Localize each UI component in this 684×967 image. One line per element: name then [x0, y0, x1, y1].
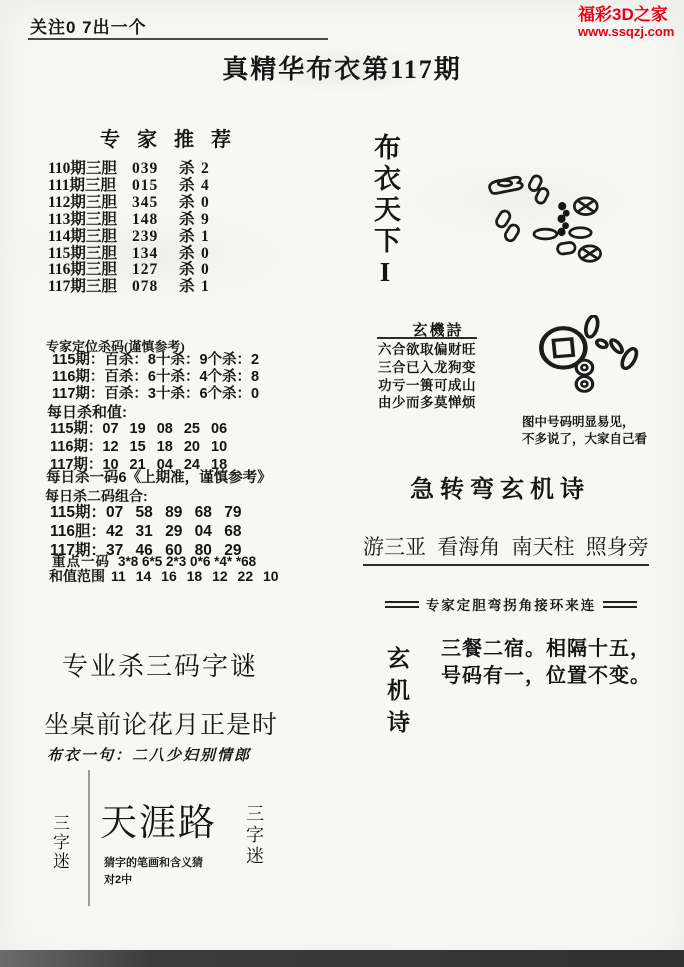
- mystic-poem-underline: [377, 337, 477, 339]
- expert-row: 116期三胆127杀0: [48, 262, 209, 279]
- mystic-poem-line: 由少而多莫惮烦: [378, 394, 476, 412]
- bottom-scan-bar: [0, 950, 684, 967]
- divider-text: 专家定胆弯拐角接环来连: [426, 594, 597, 614]
- position-kill-row: 116期：百杀：6十杀：4个杀：8: [52, 369, 259, 386]
- brand-url: www.ssqzj.com: [578, 25, 674, 40]
- expert-row: 113期三胆148杀9: [48, 212, 209, 229]
- expert-row-issue: 110期三胆: [48, 161, 132, 178]
- three-char-riddle-label-left: 三字迷: [47, 814, 72, 871]
- sum-range-values: 11 14 16 18 12 22 10: [111, 568, 279, 584]
- mystic-poem2-line2: 号码有一，位置不变。: [441, 663, 651, 690]
- three-char-note-line2: 对2中: [104, 872, 203, 889]
- expert-row: 110期三胆039杀2: [48, 161, 209, 178]
- expert-row-val: 4: [201, 178, 209, 195]
- mystic-poem-line: 功亏一篑可成山: [378, 377, 476, 395]
- expert-row-issue: 114期三胆: [48, 229, 132, 246]
- position-kill-rows: 115期：百杀：8十杀：9个杀：2 116期：百杀：6十杀：4个杀：8 117期…: [52, 352, 259, 403]
- expert-row-dan: 148: [132, 212, 179, 229]
- expert-row-sha: 杀: [179, 262, 201, 279]
- sum-range-line: 和值范围11 14 16 18 12 22 10: [49, 566, 279, 586]
- expert-row-sha: 杀: [179, 246, 201, 263]
- expert-row-dan: 127: [132, 262, 179, 279]
- expert-row-val: 2: [201, 161, 209, 178]
- expert-row-val: 0: [201, 246, 209, 263]
- divider-line-left: [385, 601, 419, 608]
- expert-row: 114期三胆239杀1: [48, 229, 209, 246]
- buyi-sentence: 布衣一句：二八少妇别情郎: [47, 744, 251, 765]
- expert-row-dan: 078: [132, 279, 179, 296]
- three-char-note-line1: 猜字的笔画和含义猜: [104, 855, 203, 872]
- expert-row-sha: 杀: [179, 212, 201, 229]
- picture-note-line2: 不多说了，大家自己看: [522, 431, 647, 448]
- expert-row-issue: 111期三胆: [48, 178, 132, 195]
- daily-two-kill-row: 116胆：42 31 29 04 68: [50, 522, 241, 541]
- expert-row-sha: 杀: [179, 279, 201, 296]
- expert-row-val: 1: [201, 229, 209, 246]
- brand-name: 福彩3D之家: [578, 5, 674, 25]
- three-char-box-line: [88, 770, 90, 906]
- expert-row-sha: 杀: [179, 178, 201, 195]
- expert-row: 115期三胆134杀0: [48, 246, 209, 263]
- picture-note-line1: 图中号码明显易见，: [522, 414, 647, 431]
- expert-row-sha: 杀: [179, 195, 201, 212]
- expert-row-val: 0: [201, 195, 209, 212]
- expert-row-issue: 115期三胆: [48, 246, 132, 263]
- sharp-turn-poem-line: 游三亚 看海角 南天柱 照身旁: [363, 531, 649, 566]
- expert-row-val: 9: [201, 212, 209, 229]
- expert-row-issue: 113期三胆: [48, 212, 132, 229]
- sharp-turn-poem-title: 急转弯玄机诗: [410, 469, 590, 504]
- expert-row-dan: 134: [132, 246, 179, 263]
- expert-row-issue: 116期三胆: [48, 262, 132, 279]
- daily-sum-kill-row: 116期：12 15 18 20 10: [50, 438, 227, 456]
- coin-beans-sketch-image: [534, 315, 644, 393]
- mystic-poem: 六合欲取偏财旺 三合已入龙狗变 功亏一篑可成山 由少而多莫惮烦: [378, 341, 476, 412]
- sum-range-label: 和值范围: [49, 568, 105, 584]
- note-underline: [28, 38, 328, 40]
- expert-row-val: 0: [201, 262, 209, 279]
- expert-row-dan: 345: [132, 195, 179, 212]
- daily-one-kill-line: 每日杀一码6《上期准，谨慎参考》: [46, 466, 272, 487]
- daily-sum-kill-row: 115期：07 19 08 25 06: [50, 420, 227, 438]
- buyi-tianxia-vertical-title: 布衣天下I: [366, 133, 405, 291]
- mystic-poem-line: 三合已入龙狗变: [378, 359, 476, 377]
- daily-two-kill-row: 115期：07 58 89 68 79: [50, 503, 241, 522]
- expert-row: 112期三胆345杀0: [48, 195, 209, 212]
- divider-line-right: [603, 601, 637, 608]
- mystic-poem2-line1: 三餐二宿。相隔十五，: [441, 636, 651, 663]
- lottery-prediction-sheet: 关注0 7出一个 福彩3D之家 www.ssqzj.com 真精华布衣第117期…: [0, 0, 684, 967]
- three-code-riddle-heading: 专业杀三码字谜: [62, 646, 258, 683]
- picture-note: 图中号码明显易见， 不多说了，大家自己看: [522, 414, 647, 448]
- three-char-riddle-answer: 天涯路: [100, 792, 217, 846]
- attention-note: 关注0 7出一个: [30, 13, 147, 38]
- expert-row-val: 1: [201, 279, 209, 296]
- expert-row: 111期三胆015杀4: [48, 178, 209, 195]
- three-char-riddle-note: 猜字的笔画和含义猜 对2中: [104, 855, 203, 889]
- mystic-poem-line: 六合欲取偏财旺: [378, 341, 476, 359]
- daily-sum-kill-heading: 每日杀和值:: [47, 401, 127, 422]
- three-char-riddle-label-right: 三字迷: [241, 804, 267, 867]
- expert-dingdan-divider: 专家定胆弯拐角接环来连: [366, 594, 656, 614]
- expert-row-issue: 112期三胆: [48, 195, 132, 212]
- expert-row-dan: 239: [132, 229, 179, 246]
- site-brand: 福彩3D之家 www.ssqzj.com: [578, 5, 674, 39]
- expert-row-issue: 117期三胆: [48, 279, 132, 296]
- ingots-coins-sketch-image: [478, 170, 606, 264]
- expert-row: 117期三胆078杀1: [48, 279, 209, 296]
- expert-row-sha: 杀: [179, 229, 201, 246]
- expert-recommend-heading: 专家推荐: [100, 123, 248, 152]
- position-kill-row: 115期：百杀：8十杀：9个杀：2: [52, 352, 259, 369]
- mystic-poem2-vertical-title: 玄机诗: [380, 646, 413, 742]
- mystic-poem2-text: 三餐二宿。相隔十五， 号码有一，位置不变。: [441, 636, 651, 690]
- page-title: 真精华布衣第117期: [0, 49, 684, 86]
- expert-row-dan: 015: [132, 178, 179, 195]
- expert-row-dan: 039: [132, 161, 179, 178]
- expert-recommend-table: 110期三胆039杀2 111期三胆015杀4 112期三胆345杀0 113期…: [48, 161, 209, 296]
- expert-row-sha: 杀: [179, 161, 201, 178]
- riddle-sentence: 坐桌前论花月正是时: [44, 705, 278, 741]
